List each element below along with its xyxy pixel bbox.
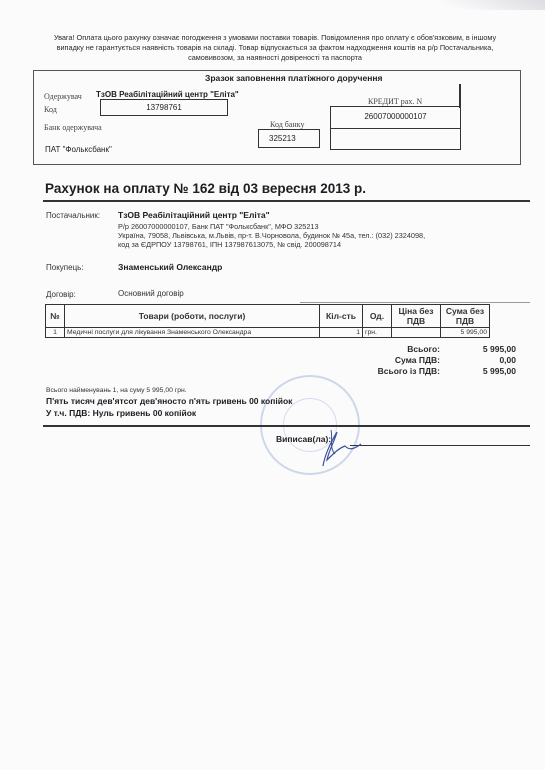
bank-code-value: 325213: [258, 129, 320, 148]
total-value: 5 995,00: [440, 344, 516, 355]
table-row: 1 Медичні послуги для лікування Знаменсь…: [46, 328, 490, 338]
supplier-label: Постачальник:: [46, 211, 100, 220]
credit-account-box: 26007000000107: [330, 106, 461, 150]
bank-name: ПАТ "Фольксбанк": [45, 145, 112, 154]
supplier-detail: Україна, 79058, Львівська, м.Львів, пр-т…: [118, 231, 425, 240]
row-goods: Медичні послуги для лікування Знаменсько…: [65, 328, 320, 338]
contract-value: Основний договір: [118, 289, 184, 298]
row-unit: грн.: [363, 328, 392, 338]
bank-code-label: Код банку: [270, 120, 304, 129]
row-number: 1: [46, 328, 65, 338]
recipient-label: Одержувач: [44, 92, 82, 101]
col-sum: Сума без ПДВ: [441, 305, 490, 328]
credit-account-label: КРЕДИТ рах. N: [368, 97, 422, 106]
scan-shadow: [410, 0, 545, 10]
supplier-detail: код за ЄДРПОУ 13798761, ІПН 137987613075…: [118, 240, 341, 249]
contract-label: Договір:: [46, 290, 76, 299]
total-with-vat-label: Всього із ПДВ:: [340, 366, 440, 377]
col-price: Ціна без ПДВ: [392, 305, 441, 328]
items-count-line: Всього найменувань 1, на суму 5 995,00 г…: [46, 387, 187, 394]
totals-block: Всього: 5 995,00 Сума ПДВ: 0,00 Всього і…: [340, 344, 516, 377]
row-price: [392, 328, 441, 338]
amount-in-words: П'ять тисяч дев'ятсот дев'яносто п'ять г…: [46, 396, 292, 406]
summary-divider: [43, 425, 530, 427]
col-goods: Товари (роботи, послуги): [65, 305, 320, 328]
notice-line: випадку не гарантується наявність товарі…: [40, 43, 510, 53]
bank-label: Банк одержувача: [44, 123, 102, 132]
supplier-name: ТзОВ Реабілітаційний центр "Еліта": [118, 210, 270, 220]
vat-in-words: У т.ч. ПДВ: Нуль гривень 00 копійок: [46, 408, 196, 418]
table-header-row: № Товари (роботи, послуги) Кіл-сть Од. Ц…: [46, 305, 490, 328]
goods-table: № Товари (роботи, послуги) Кіл-сть Од. Ц…: [45, 304, 490, 338]
vat-value: 0,00: [440, 355, 516, 366]
notice-line: Увага! Оплата цього рахунку означає пого…: [40, 33, 510, 43]
total-with-vat-value: 5 995,00: [440, 366, 516, 377]
contract-divider: [300, 302, 530, 303]
title-divider: [43, 200, 530, 202]
signature-icon: [305, 420, 365, 470]
invoice-title: Рахунок на оплату № 162 від 03 вересня 2…: [45, 181, 366, 196]
notice-line: самовивозом, за наявності довіреності та…: [40, 53, 510, 63]
signature-line: [350, 445, 530, 446]
credit-divider: [459, 84, 461, 108]
col-qty: Кіл-сть: [320, 305, 363, 328]
supplier-detail: Р/р 26007000000107, Банк ПАТ "Фольксбанк…: [118, 222, 319, 231]
buyer-label: Покупець:: [46, 263, 84, 272]
total-with-vat-row: Всього із ПДВ: 5 995,00: [340, 366, 516, 377]
total-label: Всього:: [340, 344, 440, 355]
code-value: 13798761: [100, 99, 228, 116]
payment-notice: Увага! Оплата цього рахунку означає пого…: [40, 33, 510, 63]
buyer-name: Знаменський Олександр: [118, 262, 222, 272]
total-row: Всього: 5 995,00: [340, 344, 516, 355]
col-number: №: [46, 305, 65, 328]
row-qty: 1: [320, 328, 363, 338]
code-label: Код: [44, 105, 57, 114]
col-unit: Од.: [363, 305, 392, 328]
row-sum: 5 995,00: [441, 328, 490, 338]
recipient-name: ТзОВ Реабілітаційний центр "Еліта": [96, 90, 239, 99]
vat-label: Сума ПДВ:: [340, 355, 440, 366]
credit-account-value: 26007000000107: [331, 107, 460, 129]
vat-row: Сума ПДВ: 0,00: [340, 355, 516, 366]
payment-sample-title: Зразок заповнення платіжного доручення: [205, 73, 382, 83]
